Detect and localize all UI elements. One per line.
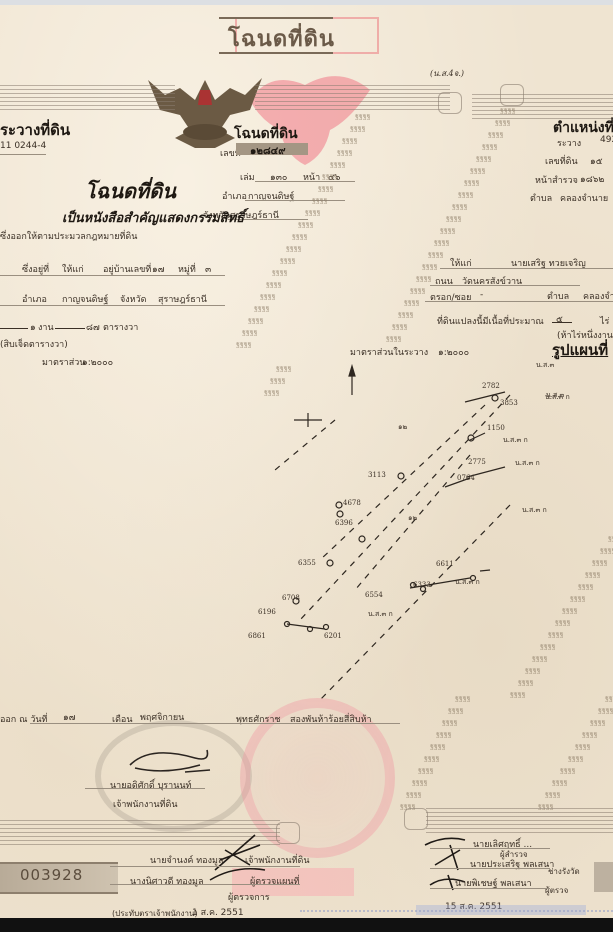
- right-signatory-2-role: ช่างรังวัด: [548, 865, 580, 878]
- svg-text:6611: 6611: [436, 560, 454, 568]
- bottom-note: (ประทับตราเจ้าพนักงาน): [112, 907, 198, 918]
- edge-stamp-fragment: [594, 862, 613, 892]
- signatory-2-name: นางนิศาวดี ทองมูล: [130, 874, 203, 888]
- issued-day: ๑๗: [63, 710, 75, 724]
- guilloche-ornament: [276, 822, 300, 844]
- signatory-2-role: ผู้ตรวจแผนที่: [250, 874, 299, 888]
- svg-text:น.ส.๓ ก: น.ส.๓ ก: [455, 578, 480, 586]
- svg-text:น.ส.๓ ก: น.ส.๓ ก: [545, 393, 570, 401]
- svg-text:4678: 4678: [343, 499, 361, 507]
- svg-text:6396: 6396: [335, 519, 353, 527]
- signatory-1-role: เจ้าพนักงานที่ดิน: [245, 853, 309, 867]
- svg-text:๑๒: ๑๒: [408, 514, 417, 522]
- svg-text:6355: 6355: [298, 559, 316, 567]
- perforation-dots: [300, 910, 613, 918]
- official-name: นายอดิศักดิ์ บุรานนท์: [110, 778, 191, 792]
- svg-text:0764: 0764: [457, 474, 475, 482]
- signatory-1-name: นายจำนงค์ ทองมูล: [150, 853, 223, 867]
- map-label-2782: 2782: [482, 382, 500, 390]
- signatory-2-role-2: ผู้ตรวจการ: [228, 890, 270, 904]
- svg-text:น.ส.๓ ก: น.ส.๓ ก: [368, 610, 393, 618]
- svg-text:6554: 6554: [365, 591, 383, 599]
- svg-text:6861: 6861: [248, 632, 266, 640]
- bottom-edge: [0, 918, 613, 932]
- right-signatory-3-role: ผู้ตรวจ: [545, 884, 568, 897]
- official-signature: [125, 740, 215, 780]
- issued-month: พฤศจิกายน: [140, 710, 184, 724]
- svg-text:น.ส.๓ ก: น.ส.๓ ก: [515, 459, 540, 467]
- bottom-date: 1 ส.ค. 2551: [192, 905, 244, 918]
- title-deed-page: โฉนดที่ดิน (น.ส.4จ.) ระวางที่ดิน 11 0244…: [0, 0, 613, 918]
- guilloche-ornament: [404, 808, 428, 830]
- svg-text:3113: 3113: [368, 471, 386, 479]
- svg-text:1150: 1150: [487, 424, 505, 432]
- svg-text:6333: 6333: [413, 581, 431, 589]
- svg-text:6708: 6708: [282, 594, 300, 602]
- svg-text:๑๒: ๑๒: [398, 423, 407, 431]
- svg-text:น.ส.๓ ก: น.ส.๓ ก: [522, 506, 547, 514]
- svg-text:6196: 6196: [258, 608, 276, 616]
- serial-number: 003928: [20, 866, 83, 884]
- svg-text:2775: 2775: [468, 458, 486, 466]
- svg-text:น.ส.๓ ก: น.ส.๓ ก: [503, 436, 528, 444]
- svg-text:6201: 6201: [324, 632, 342, 640]
- svg-text:3853: 3853: [500, 399, 518, 407]
- official-title: เจ้าพนักงานที่ดิน: [113, 797, 177, 811]
